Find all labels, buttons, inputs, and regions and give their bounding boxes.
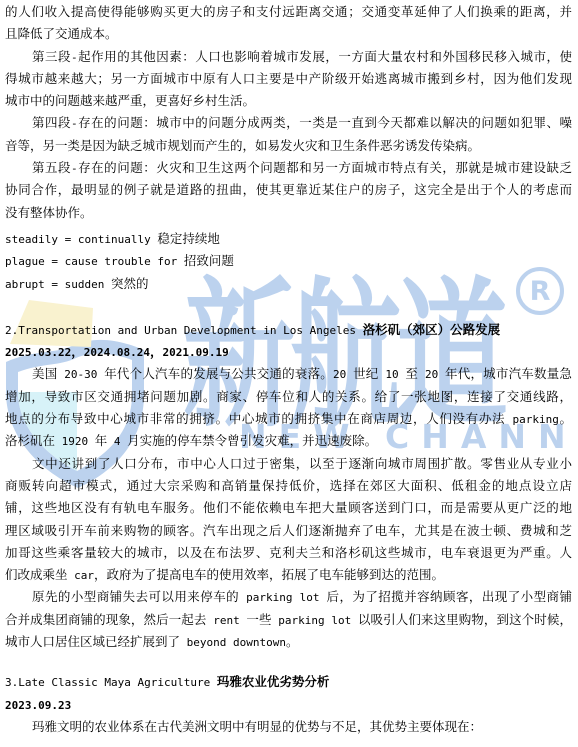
text-line: 原先的小型商铺失去可以用来停车的 parking lot 后，为了招揽并容纳顾客…: [5, 586, 572, 608]
text-line: 加哥这些乘客量较大的城市，以及在布法罗、克利夫兰和洛杉矶这些城市，电车衰退更为严…: [5, 542, 572, 564]
section-date-line: 2023.09.23: [5, 694, 572, 716]
text-line: 文中还讲到了人口分布，市中心人口过于密集，以至于逐渐向城市周围扩散。零售业从专业…: [5, 453, 572, 475]
text-line: 理区域吸引开车前来购物的顾客。汽车出现之后人们逐渐抛弃了电车，尤其是在波士顿、费…: [5, 520, 572, 542]
heading-english-text: 3.Late Classic Maya Agriculture: [5, 674, 217, 689]
text-line: 第四段-存在的问题：城市中的问题分成两类，一类是一直到今天都难以解决的问题如犯罪…: [5, 112, 572, 134]
document-page: 新航道 NEW CHANNEL R 的人们收入提高使得能够购买更大的房子和支付远…: [0, 0, 578, 747]
vocab-line: plague = cause trouble for 招致问题: [5, 250, 572, 272]
text-line: 的人们收入提高使得能够购买更大的房子和支付远距离交通；交通变革延伸了人们换乘的距…: [5, 1, 572, 23]
vocab-line: abrupt = sudden 突然的: [5, 273, 572, 295]
text-line: 且降低了交通成本。: [5, 23, 572, 45]
section-heading: 2.Transportation and Urban Development i…: [5, 319, 572, 341]
heading-chinese-text: 玛雅农业优劣势分析: [217, 674, 330, 689]
document-text: 的人们收入提高使得能够购买更大的房子和支付远距离交通；交通变革延伸了人们换乘的距…: [0, 0, 578, 747]
text-line: 铺，这些地区没有有轨电车服务。他们不能依赖电车把大量顾客送到门口，而是需要从更广…: [5, 497, 572, 519]
section-heading: 3.Late Classic Maya Agriculture 玛雅农业优劣势分…: [5, 671, 572, 693]
text-line: 增加，导致市区交通拥堵问题加剧。商家、停车位和人的关系。给了一张地图，连接了交通…: [5, 386, 572, 408]
text-line: 合并成集团商铺的现象，然后一起去 rent 一些 parking lot 以吸引…: [5, 609, 572, 631]
text-line: 商贩转向超市模式，通过大宗采购和高销量保持低价，选择在郊区大面积、低租金的地点设…: [5, 475, 572, 497]
text-line: 美国 20-30 年代个人汽车的发展与公共交通的衰落。20 世纪 10 至 20…: [5, 363, 572, 385]
text-line: 第三段-起作用的其他因素：人口也影响着城市发展，一方面大量农村和外国移民移入城市…: [5, 46, 572, 68]
text-line: 城市人口居住区域已经扩展到了 beyond downtown。: [5, 631, 572, 653]
heading-english-text: 2.Transportation and Urban Development i…: [5, 322, 363, 337]
text-line: 城市中的问题越来越严重，更喜好乡村生活。: [5, 90, 572, 112]
text-line: 没有整体协作。: [5, 202, 572, 224]
text-line: 音等，另一类是因为缺乏城市规划而产生的，如易发火灾和卫生条件恶劣诱发传染病。: [5, 135, 572, 157]
text-line: 们改成乘坐 car，政府为了提高电车的使用效率，拓展了电车能够到达的范围。: [5, 564, 572, 586]
vocab-line: steadily = continually 稳定持续地: [5, 228, 572, 250]
text-line: 第五段-存在的问题：火灾和卫生这两个问题都和另一方面城市特点有关，那就是城市建设…: [5, 157, 572, 179]
heading-chinese-text: 洛杉矶（郊区）公路发展: [363, 322, 501, 337]
text-line: 得城市越来越大；另一方面城市中原有人口主要是中产阶级开始逃离城市搬到乡村，因为他…: [5, 68, 572, 90]
text-line: 洛杉矶在 1920 年 4 月实施的停车禁令曾引发灾难，并迅速废除。: [5, 430, 572, 452]
text-line: 玛雅文明的农业体系在古代美洲文明中有明显的优势与不足，其优势主要体现在：: [5, 716, 572, 738]
text-line: 协同合作，最明显的例子就是道路的扭曲，使其更靠近某住户的房子，这完全是出于个人的…: [5, 179, 572, 201]
section-date-line: 2025.03.22，2024.08.24，2021.09.19: [5, 341, 572, 363]
text-line: 地点的分布导致中心城市非常的拥挤。中心城市的拥挤集中在商店周边，人们没有办法 p…: [5, 408, 572, 430]
